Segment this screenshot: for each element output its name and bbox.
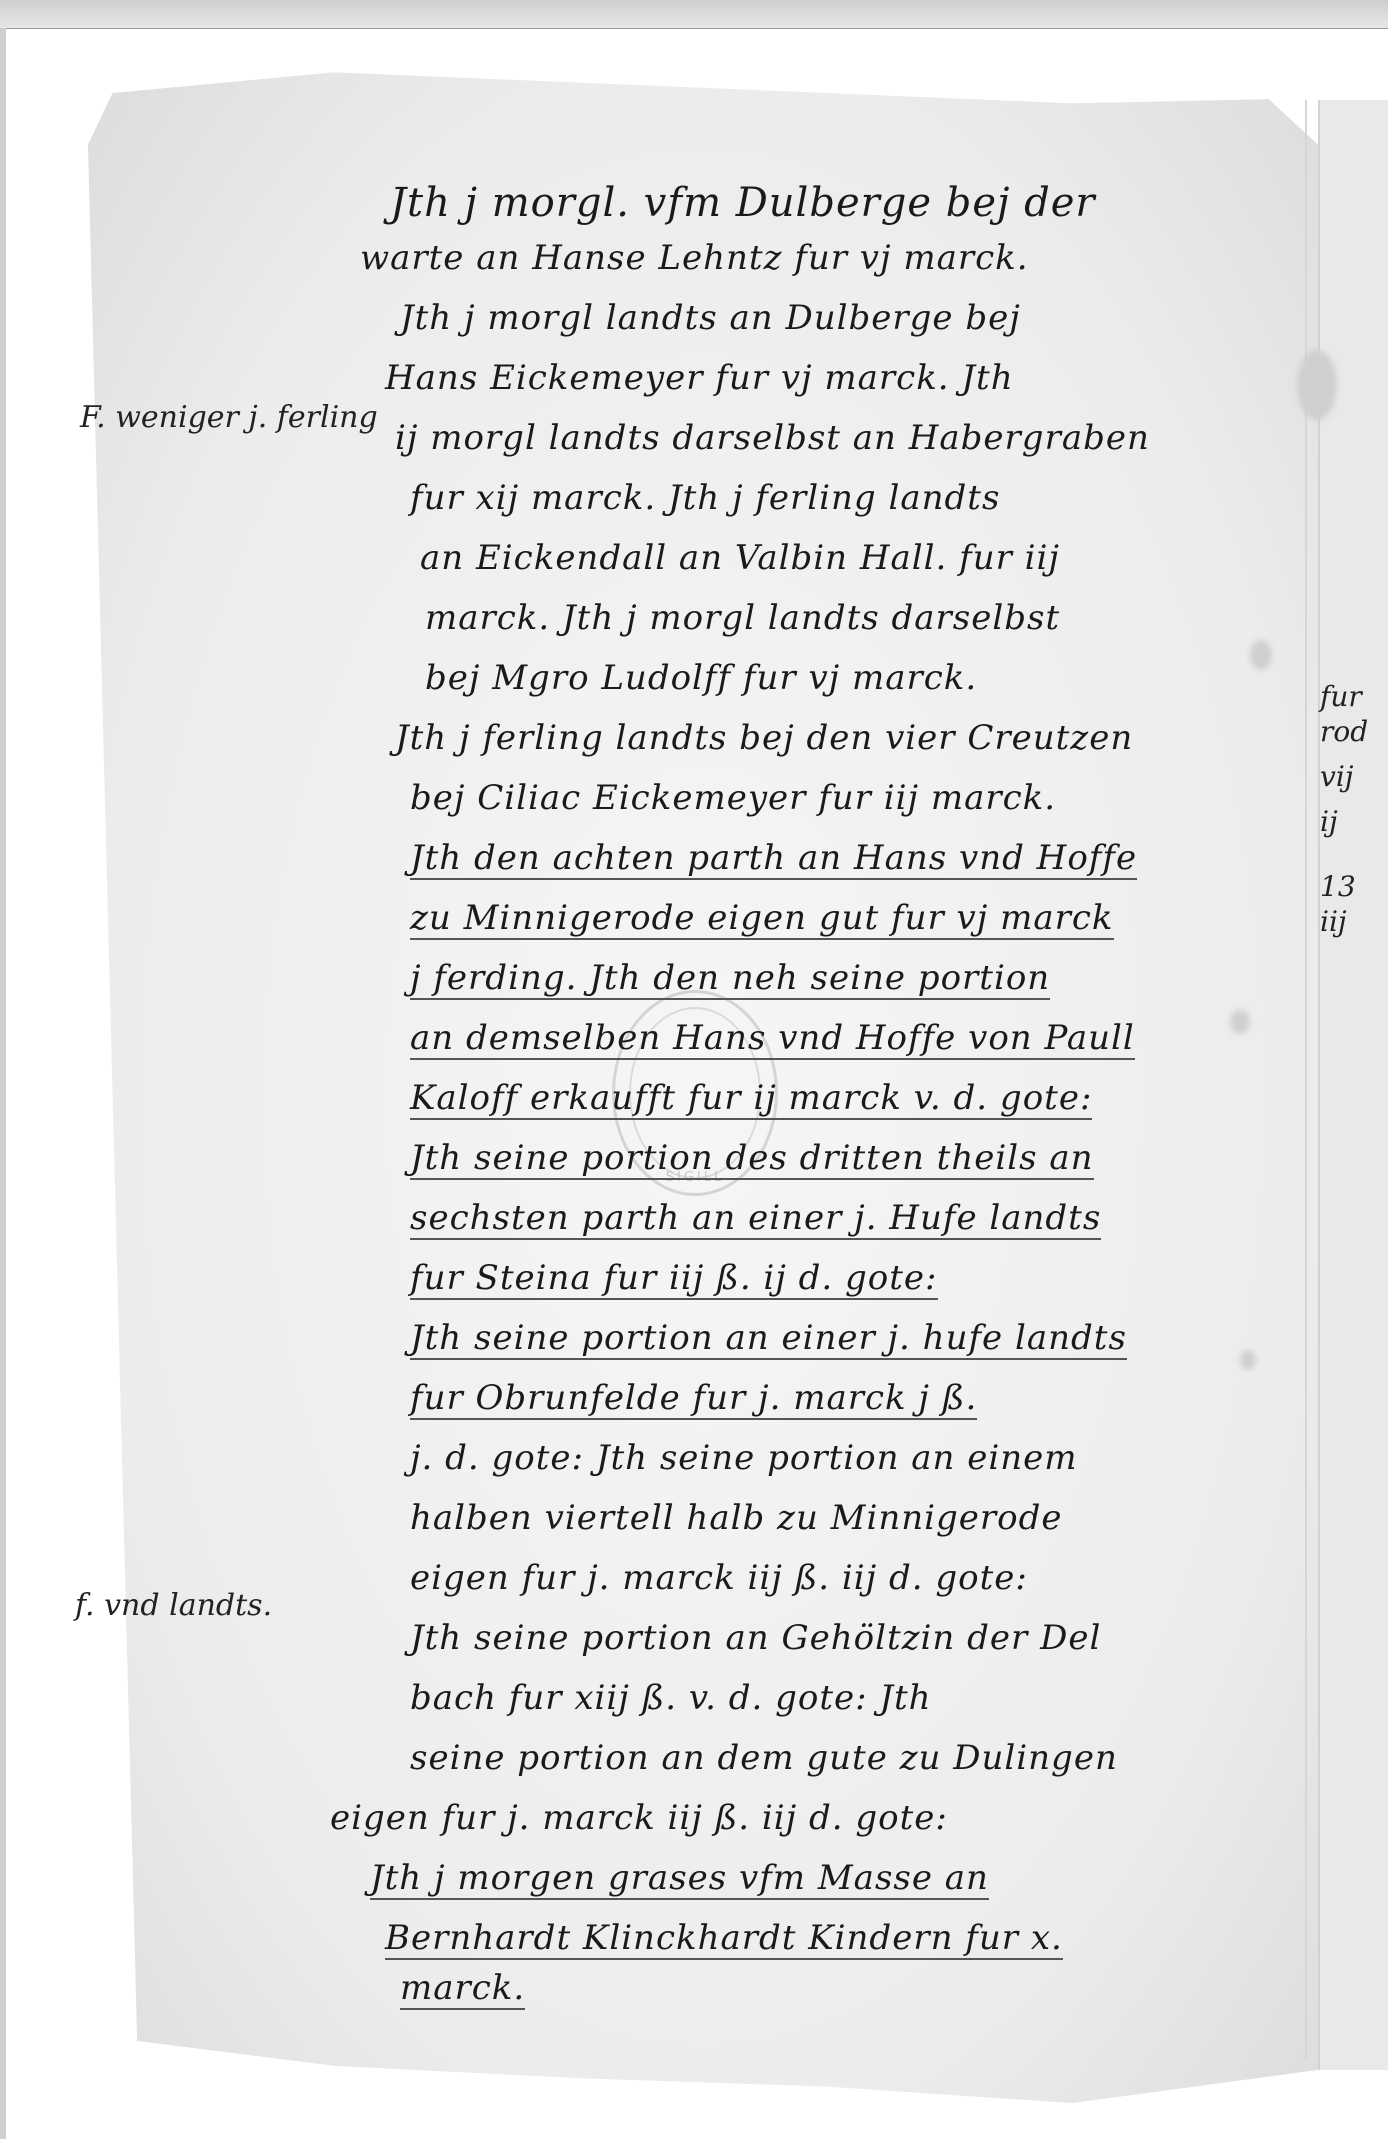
text-line: eigen fur j. marck iij ß. iij d. gote: xyxy=(330,1798,948,1838)
text-line: Jth seine portion an Gehöltzin der Del xyxy=(410,1618,1101,1658)
adjacent-text: iij xyxy=(1320,905,1347,938)
text-line: bej Ciliac Eickemeyer fur iij marck. xyxy=(410,778,1056,818)
scan-top-edge xyxy=(0,0,1388,29)
text-line: bej Mgro Ludolff fur vj marck. xyxy=(425,658,977,698)
text-line: marck. Jth j morgl landts darselbst xyxy=(425,598,1060,638)
adjacent-text: rod xyxy=(1320,715,1368,748)
text-line: warte an Hanse Lehntz fur vj marck. xyxy=(360,238,1029,278)
text-line: an Eickendall an Valbin Hall. fur iij xyxy=(420,538,1060,578)
text-line: Jth seine portion des dritten theils an xyxy=(410,1138,1094,1180)
stain xyxy=(1250,640,1272,670)
text-line: Kaloff erkaufft fur ij marck v. d. gote: xyxy=(410,1078,1092,1120)
text-line: Jth den achten parth an Hans vnd Hoffe xyxy=(410,838,1137,880)
text-line: zu Minnigerode eigen gut fur vj marck xyxy=(410,898,1114,940)
margin-note: f. vnd landts. xyxy=(75,1588,272,1623)
text-line: seine portion an dem gute zu Dulingen xyxy=(410,1738,1118,1778)
text-line: Jth j morgen grases vfm Masse an xyxy=(370,1858,989,1900)
text-line: eigen fur j. marck iij ß. iij d. gote: xyxy=(410,1558,1028,1598)
adjacent-text: ij xyxy=(1320,805,1338,838)
margin-note: F. weniger j. ferling xyxy=(80,400,378,435)
text-line: fur xij marck. Jth j ferling landts xyxy=(410,478,1000,518)
text-line: halben viertell halb zu Minnigerode xyxy=(410,1498,1063,1538)
stain xyxy=(1297,350,1337,420)
text-line: an demselben Hans vnd Hoffe von Paull xyxy=(410,1018,1135,1060)
stain xyxy=(1230,1010,1250,1034)
text-line: sechsten parth an einer j. Hufe landts xyxy=(410,1198,1101,1240)
text-line: Jth seine portion an einer j. hufe landt… xyxy=(410,1318,1127,1360)
text-line: j ferding. Jth den neh seine portion xyxy=(410,958,1050,1000)
adjacent-text: 13 xyxy=(1320,870,1356,903)
adjacent-text: fur xyxy=(1320,680,1362,713)
text-line: Bernhardt Klinckhardt Kindern fur x. xyxy=(385,1918,1063,1960)
text-line: Jth j morgl landts an Dulberge bej xyxy=(400,298,1021,338)
text-line: fur Obrunfelde fur j. marck j ß. xyxy=(410,1378,977,1420)
text-line: bach fur xiij ß. v. d. gote: Jth xyxy=(410,1678,932,1718)
text-line: Jth j ferling landts bej den vier Creutz… xyxy=(395,718,1133,758)
scan-left-edge xyxy=(0,28,6,2139)
text-line: Jth j morgl. vfm Dulberge bej der xyxy=(390,180,1096,226)
text-line: marck. xyxy=(400,1968,525,2010)
text-line: ij morgl landts darselbst an Habergraben xyxy=(395,418,1150,458)
text-line: fur Steina fur iij ß. ij d. gote: xyxy=(410,1258,938,1300)
text-line: j. d. gote: Jth seine portion an einem xyxy=(410,1438,1078,1478)
text-line: Hans Eickemeyer fur vj marck. Jth xyxy=(385,358,1014,398)
stain xyxy=(1240,1350,1256,1370)
adjacent-text: vij xyxy=(1320,760,1353,793)
